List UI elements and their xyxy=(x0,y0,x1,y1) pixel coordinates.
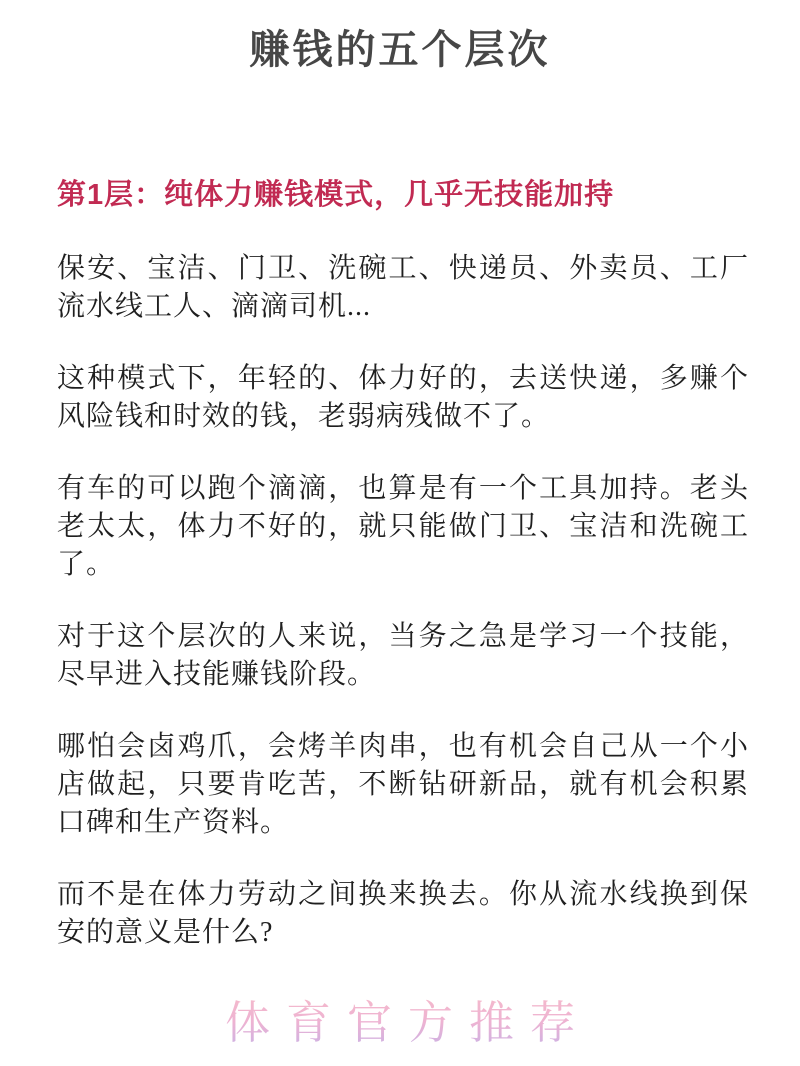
article-body: 保安、宝洁、门卫、洗碗工、快递员、外卖员、工厂流水线工人、滴滴司机... 这种模… xyxy=(57,250,749,986)
paragraph: 对于这个层次的人来说，当务之急是学习一个技能，尽早进入技能赚钱阶段。 xyxy=(57,618,749,694)
paragraph: 哪怕会卤鸡爪，会烤羊肉串，也有机会自己从一个小店做起，只要肯吃苦，不断钻研新品，… xyxy=(57,728,749,842)
section-heading: 第1层：纯体力赚钱模式，几乎无技能加持 xyxy=(57,172,614,213)
paragraph: 而不是在体力劳动之间换来换去。你从流水线换到保安的意义是什么? xyxy=(57,876,749,952)
page-title: 赚钱的五个层次 xyxy=(0,18,800,75)
paragraph: 保安、宝洁、门卫、洗碗工、快递员、外卖员、工厂流水线工人、滴滴司机... xyxy=(57,250,749,326)
watermark-text: 体育官方推荐 xyxy=(0,986,800,1051)
paragraph: 有车的可以跑个滴滴，也算是有一个工具加持。老头老太太，体力不好的，就只能做门卫、… xyxy=(57,470,749,584)
article-page: 赚钱的五个层次 第1层：纯体力赚钱模式，几乎无技能加持 保安、宝洁、门卫、洗碗工… xyxy=(0,0,800,1066)
paragraph: 这种模式下，年轻的、体力好的，去送快递，多赚个风险钱和时效的钱，老弱病残做不了。 xyxy=(57,360,749,436)
